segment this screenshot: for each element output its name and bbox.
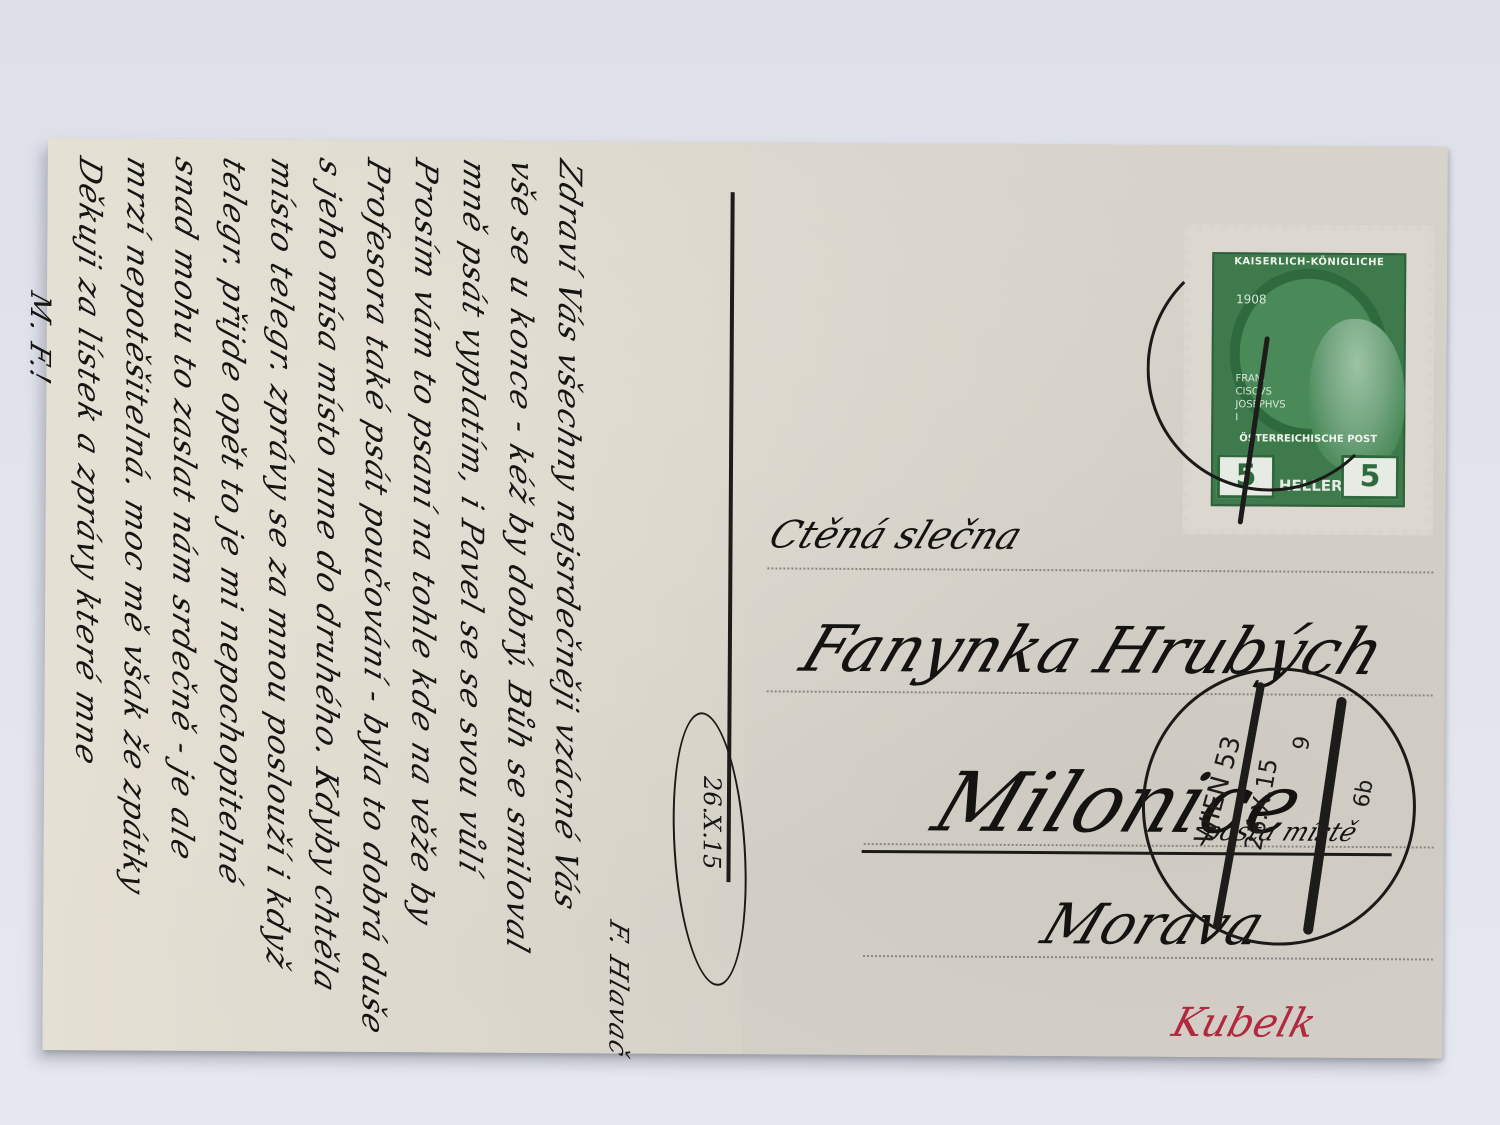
address-salutation: Ctěná slečna bbox=[763, 512, 1028, 557]
postcard: M. F.! Děkuji za lístek a zprávy které m… bbox=[42, 138, 1448, 1059]
signature: F. Hlavač bbox=[602, 917, 633, 1062]
postmark-bar-right bbox=[1303, 696, 1348, 935]
message-line: vše se u konce - kéž by dobrý. Bůh se sm… bbox=[499, 155, 540, 958]
message-line: Zdraví Vás všechny nejsrdečněji vzácné V… bbox=[547, 155, 588, 916]
wien-postmark: WIEN 53 26.X.15 9 6b bbox=[1141, 667, 1417, 947]
message-line: mně psát vyplatím, i Pavel se se svou vů… bbox=[452, 155, 492, 880]
postmark-sign: 6b bbox=[1349, 778, 1379, 810]
message-line: Prosím vám to psaní na tohle kde na věže… bbox=[403, 154, 444, 930]
message-line: snad mohu to zaslat nám srdečně - je ale bbox=[164, 153, 204, 866]
postmark-hour: 9 bbox=[1289, 734, 1316, 752]
message-line: s jeho mísa místo mne do druhého. Kdyby … bbox=[307, 154, 348, 998]
message-line: Profesora také psát poučování - byla to … bbox=[355, 154, 396, 1040]
address-dotted-line-1 bbox=[767, 567, 1433, 573]
message-line: Děkuji za lístek a zprávy které mne bbox=[68, 152, 108, 771]
message-line: mrzí nepotěšitelná. moc mě však že zpátk… bbox=[115, 153, 155, 900]
red-pencil-signature: Kubelk bbox=[1167, 1000, 1321, 1047]
handwritten-message: M. F.! Děkuji za lístek a zprávy které m… bbox=[0, 158, 643, 1072]
stamp-cancellation-postmark bbox=[1146, 245, 1393, 492]
message-line: místo telegr. zprávy se za mnou poslouží… bbox=[259, 153, 300, 974]
message-line: telegr. přijde opět to je mi nepochopite… bbox=[211, 153, 251, 890]
salutation: M. F.! bbox=[24, 287, 57, 389]
message-date: 26.X.15 bbox=[698, 776, 726, 856]
